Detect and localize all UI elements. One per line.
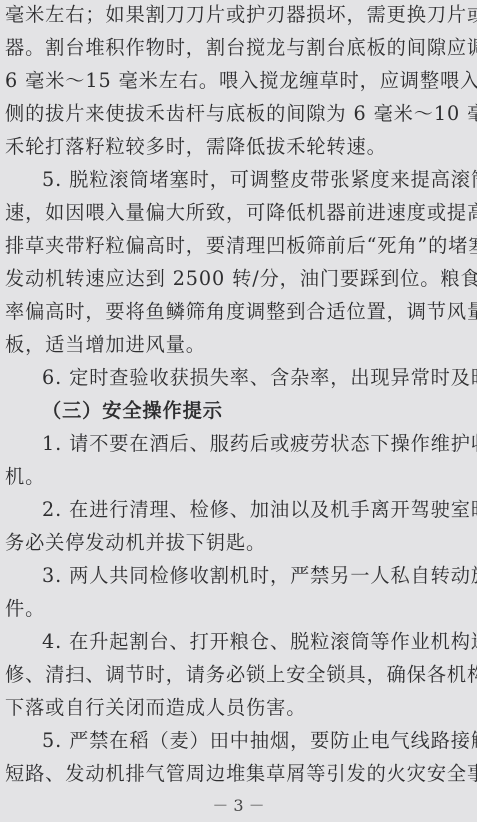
text-line: 板，适当增加进风量。 [5, 334, 473, 356]
text-line: 务必关停发动机并拔下钥匙。 [5, 532, 473, 554]
safety-item-3: 3. 两人共同检修收割机时，严禁另一人私自转动旋转部 [42, 565, 473, 587]
paragraph-6-start: 6. 定时查验收获损失率、含杂率，出现异常时及时调整。 [42, 367, 473, 389]
safety-item-2: 2. 在进行清理、检修、加油以及机手离开驾驶室时，请 [42, 499, 473, 521]
text-line: 短路、发动机排气管周边堆集草屑等引发的火灾安全事故。 [5, 763, 473, 785]
text-line: 排草夹带籽粒偏高时，要清理凹板筛前后“死角”的堵塞， [5, 235, 473, 257]
section-heading: （三）安全操作提示 [42, 400, 473, 422]
text-line: 器。割台堆积作物时，割台搅龙与割台底板的间隙应调整到 [5, 37, 473, 59]
text-line: 件。 [5, 598, 473, 620]
text-line: 侧的拔片来使拔禾齿杆与底板的间隙为 6 毫米～10 毫米。拔 [5, 103, 473, 125]
text-line: 6 毫米～15 毫米左右。喂入搅龙缠草时，应调整喂入搅龙右 [5, 70, 473, 92]
safety-item-5: 5. 严禁在稻（麦）田中抽烟，要防止电气线路接触不良、 [42, 730, 473, 752]
text-line: 禾轮打落籽粒较多时，需降低拔禾轮转速。 [5, 136, 473, 158]
text-line: 速，如因喂入量偏大所致，可降低机器前进速度或提高割茬。 [5, 202, 473, 224]
page-number: － 3 － [0, 793, 477, 816]
safety-item-4: 4. 在升起割台、打开粮仓、脱粒滚筒等作业机构进行检 [42, 631, 473, 653]
text-line: 修、清扫、调节时，请务必锁上安全锁具，确保各机构不会 [5, 664, 473, 686]
text-line: 率偏高时，要将鱼鳞筛角度调整到合适位置，调节风量调节 [5, 301, 473, 323]
text-line: 下落或自行关闭而造成人员伤害。 [5, 697, 473, 719]
text-line: 毫米左右；如果割刀刀片或护刃器损坏，需更换刀片或护刃 [5, 4, 473, 26]
document-page: 毫米左右；如果割刀刀片或护刃器损坏，需更换刀片或护刃 器。割台堆积作物时，割台搅… [0, 0, 477, 822]
safety-item-1: 1. 请不要在酒后、服药后或疲劳状态下操作维护收割 [42, 433, 473, 455]
text-line: 机。 [5, 466, 473, 488]
paragraph-5-start: 5. 脱粒滚筒堵塞时，可调整皮带张紧度来提高滚筒转 [42, 169, 473, 191]
text-line: 发动机转速应达到 2500 转/分，油门要踩到位。粮食中含杂 [5, 268, 473, 290]
